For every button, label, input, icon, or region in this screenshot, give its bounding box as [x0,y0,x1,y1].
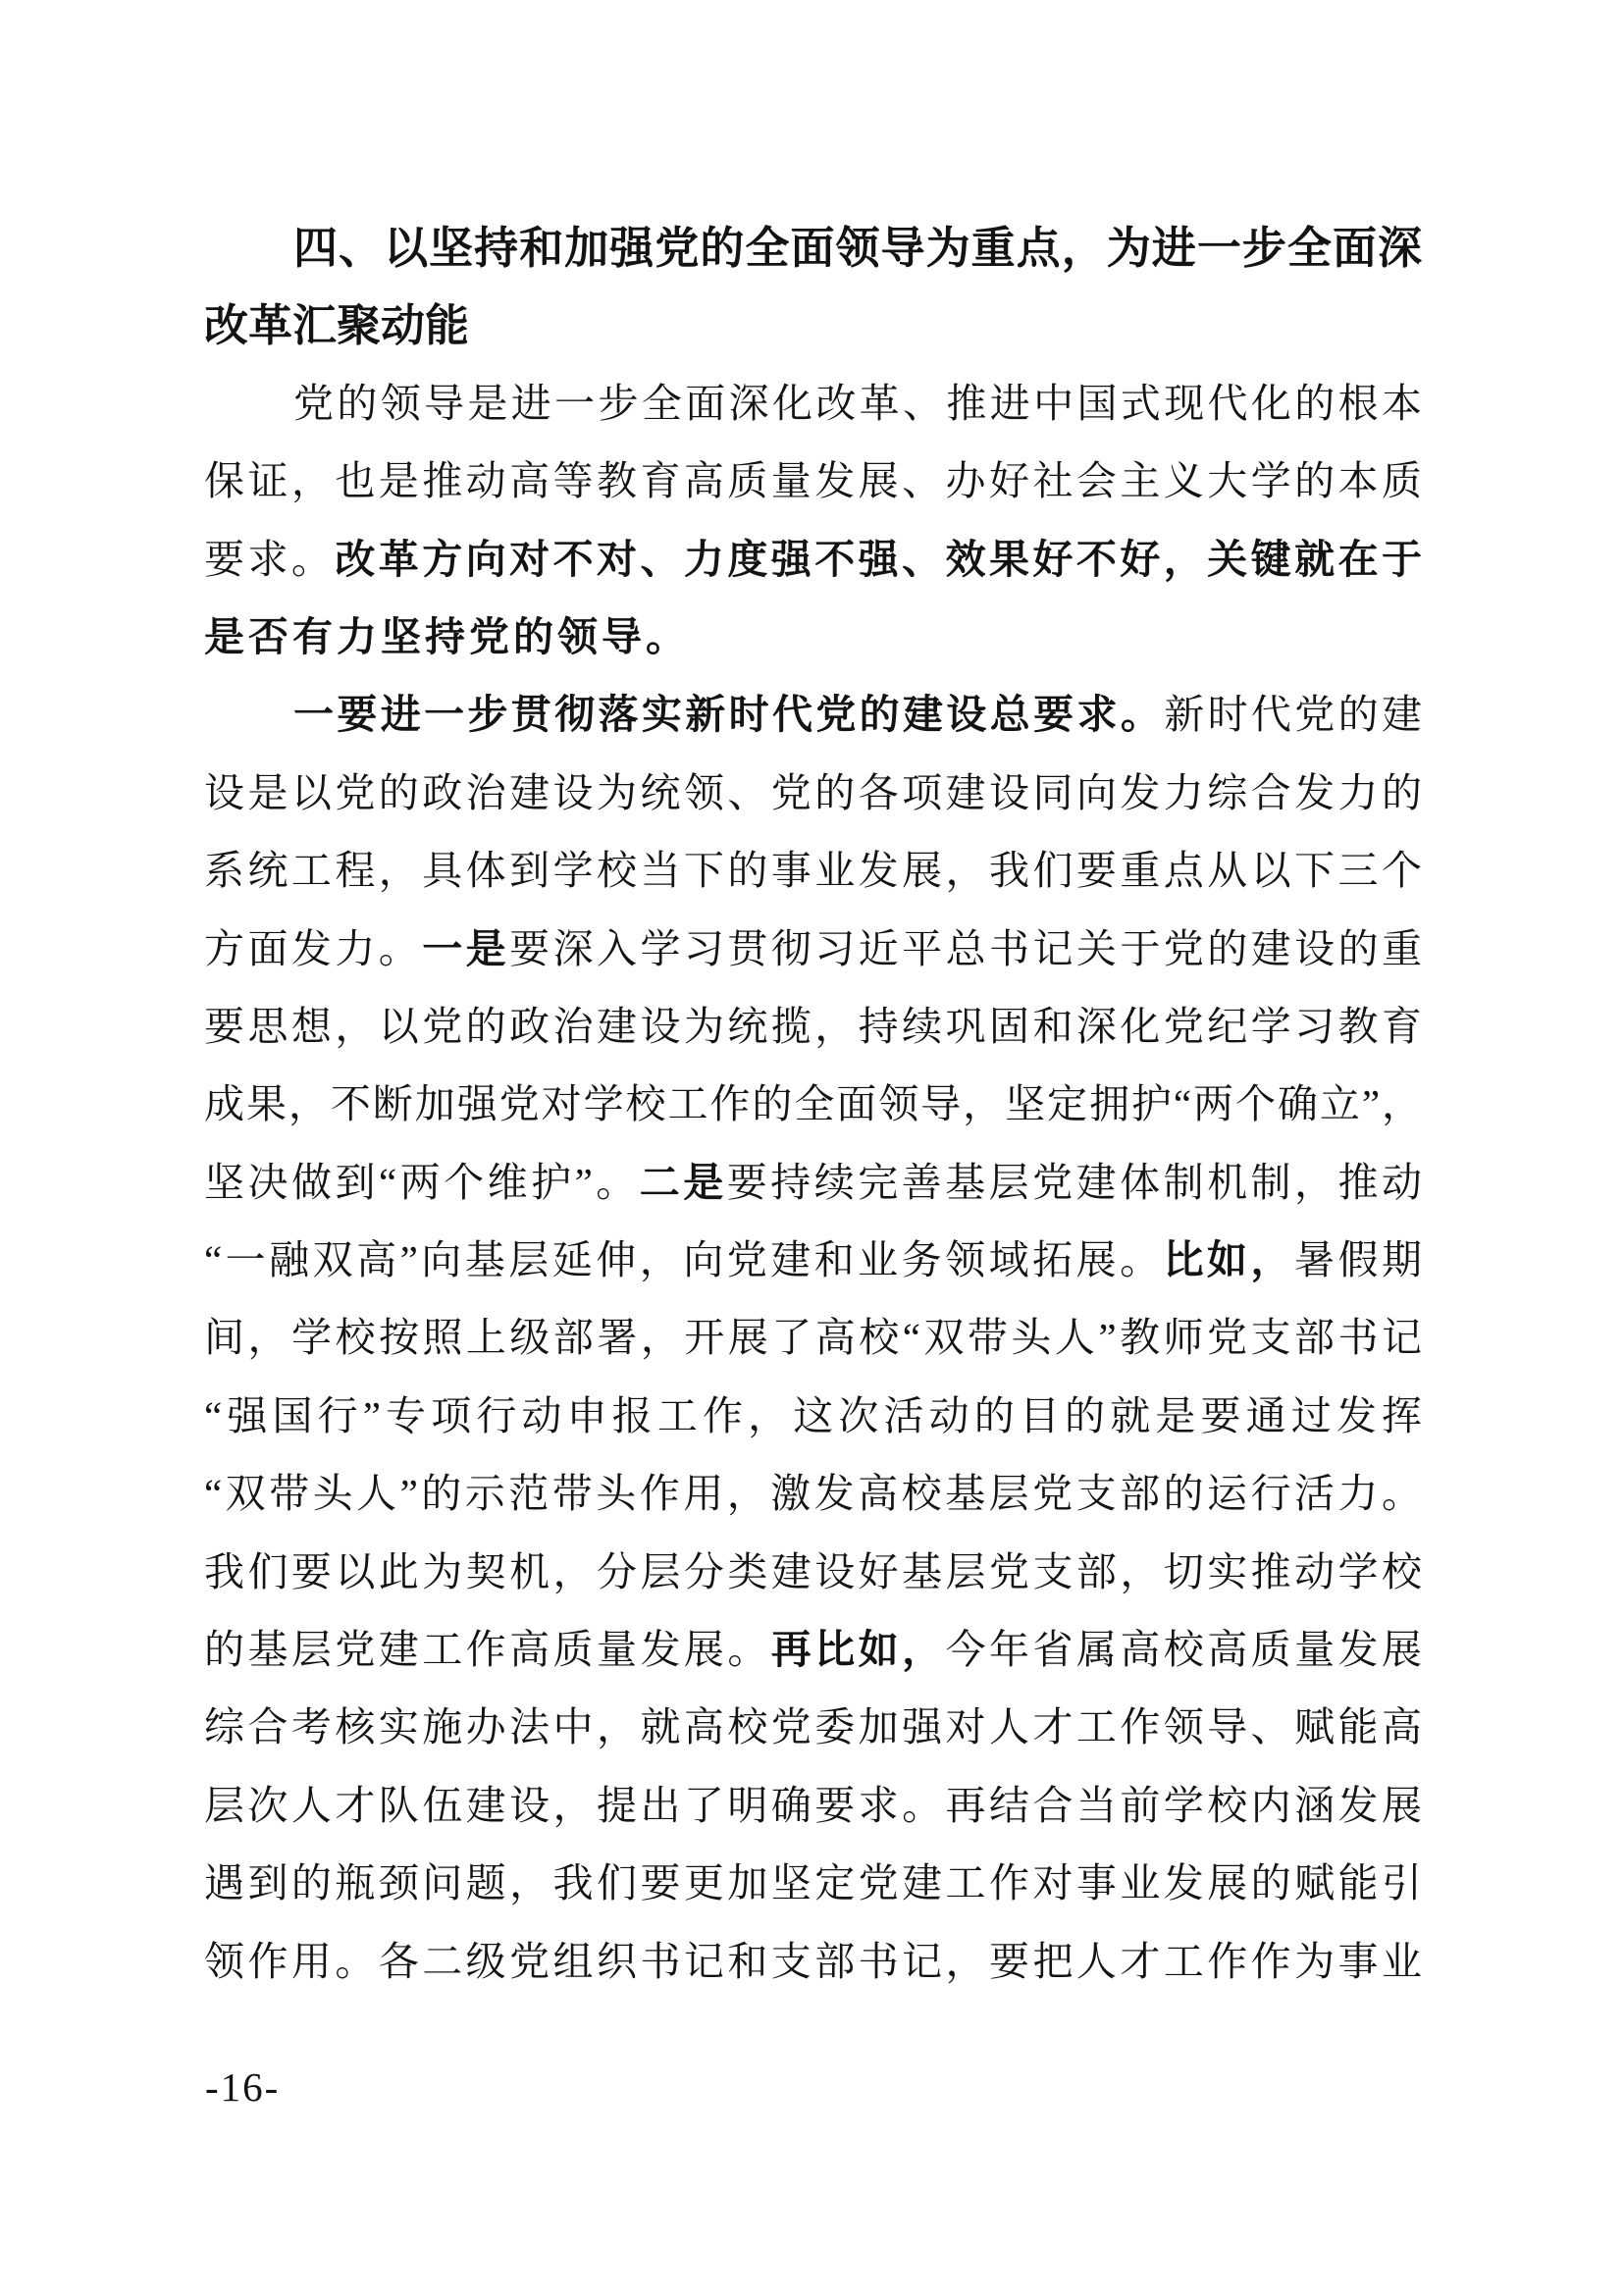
text-segment: 综合考核实施办法中，就高校党委加强对人才工作领导、赋能高 [204,1704,1422,1749]
text-line: 是否有力坚持党的领导。 [204,599,1422,676]
text-segment: 暑假期 [1294,1237,1422,1282]
text-segment: 层次人才队伍建设，提出了明确要求。再结合当前学校内涵发展 [204,1783,1422,1828]
text-line: 党的领导是进一步全面深化改革、推进中国式现代化的根本 [204,365,1422,443]
heading-line: 改革汇聚动能 [204,287,1422,364]
bold-text-segment: 比如， [1164,1237,1294,1282]
bold-text-segment: 是否有力坚持党的领导。 [204,614,690,659]
text-segment: “一融双高”向基层延伸，向党建和业务领域拓展。 [204,1237,1164,1282]
bold-text-segment: 改革汇聚动能 [204,300,469,350]
text-line: 间，学校按照上级部署，开展了高校“双带头人”教师党支部书记 [204,1299,1422,1377]
text-line: 坚决做到“两个维护”。二是要持续完善基层党建体制机制，推动 [204,1144,1422,1222]
text-line: 保证，也是推动高等教育高质量发展、办好社会主义大学的本质 [204,443,1422,520]
text-segment: 今年省属高校高质量发展 [946,1627,1422,1672]
text-line: 设是以党的政治建设为统领、党的各项建设同向发力综合发力的 [204,755,1422,832]
text-line: “双带头人”的示范带头作用，激发高校基层党支部的运行活力。 [204,1455,1422,1533]
text-segment: 领作用。各二级党组织书记和支部书记，要把人才工作作为事业 [204,1939,1422,1984]
text-line: 要求。改革方向对不对、力度强不强、效果好不好，关键就在于 [204,521,1422,599]
bold-text-segment: 改革方向对不对、力度强不强、效果好不好，关键就在于 [335,537,1422,582]
text-segment: 保证，也是推动高等教育高质量发展、办好社会主义大学的本质 [204,458,1422,503]
text-segment: 成果，不断加强党对学校工作的全面领导，坚定拥护“两个确立”， [204,1081,1422,1126]
text-segment: 党的领导是进一步全面深化改革、推进中国式现代化的根本 [293,381,1422,426]
document-page: 四、以坚持和加强党的全面领导为重点，为进一步全面深化改革汇聚动能党的领导是进一步… [0,0,1624,2296]
text-segment: 坚决做到“两个维护”。 [204,1160,640,1205]
text-segment: 新时代党的建 [1164,692,1422,737]
text-segment: 要求。 [204,537,335,582]
bold-text-segment: 一要进一步贯彻落实新时代党的建设总要求。 [293,692,1164,737]
text-line: “强国行”专项行动申报工作，这次活动的目的就是要通过发挥 [204,1378,1422,1455]
text-line: 系统工程，具体到学校当下的事业发展，我们要重点从以下三个 [204,832,1422,910]
text-line: 遇到的瓶颈问题，我们要更加坚定党建工作对事业发展的赋能引 [204,1845,1422,1922]
text-line: 我们要以此为契机，分层分类建设好基层党支部，切实推动学校 [204,1534,1422,1611]
text-line: “一融双高”向基层延伸，向党建和业务领域拓展。比如，暑假期 [204,1222,1422,1299]
text-line: 方面发力。一是要深入学习贯彻习近平总书记关于党的建设的重 [204,911,1422,988]
bold-text-segment: 一是 [422,926,509,971]
text-segment: “强国行”专项行动申报工作，这次活动的目的就是要通过发挥 [204,1393,1422,1438]
bold-text-segment: 四、以坚持和加强党的全面领导为重点，为进一步全面深化 [204,223,1422,287]
text-segment: 间，学校按照上级部署，开展了高校“双带头人”教师党支部书记 [204,1315,1422,1360]
text-line: 成果，不断加强党对学校工作的全面领导，坚定拥护“两个确立”， [204,1066,1422,1143]
text-line: 层次人才队伍建设，提出了明确要求。再结合当前学校内涵发展 [204,1767,1422,1845]
text-segment: 遇到的瓶颈问题，我们要更加坚定党建工作对事业发展的赋能引 [204,1860,1422,1905]
text-block: 四、以坚持和加强党的全面领导为重点，为进一步全面深化改革汇聚动能党的领导是进一步… [204,209,1422,2001]
page-number: -16- [205,2058,280,2116]
text-segment: 要深入学习贯彻习近平总书记关于党的建设的重 [509,926,1422,971]
bold-text-segment: 再比如， [771,1627,946,1672]
bold-text-segment: 二是 [640,1160,727,1205]
text-segment: 系统工程，具体到学校当下的事业发展，我们要重点从以下三个 [204,848,1422,893]
text-segment: 要思想，以党的政治建设为统揽，持续巩固和深化党纪学习教育 [204,1004,1422,1049]
text-line: 的基层党建工作高质量发展。再比如，今年省属高校高质量发展 [204,1611,1422,1689]
text-line: 综合考核实施办法中，就高校党委加强对人才工作领导、赋能高 [204,1689,1422,1766]
text-segment: “双带头人”的示范带头作用，激发高校基层党支部的运行活力。 [204,1471,1422,1516]
text-line: 领作用。各二级党组织书记和支部书记，要把人才工作作为事业 [204,1923,1422,2001]
heading-line: 四、以坚持和加强党的全面领导为重点，为进一步全面深化 [204,209,1422,287]
text-line: 要思想，以党的政治建设为统揽，持续巩固和深化党纪学习教育 [204,988,1422,1066]
text-segment: 我们要以此为契机，分层分类建设好基层党支部，切实推动学校 [204,1549,1422,1594]
text-segment: 的基层党建工作高质量发展。 [204,1627,771,1672]
text-segment: 方面发力。 [204,926,422,971]
text-segment: 要持续完善基层党建体制机制，推动 [727,1160,1422,1205]
text-line: 一要进一步贯彻落实新时代党的建设总要求。新时代党的建 [204,676,1422,754]
text-segment: 设是以党的政治建设为统领、党的各项建设同向发力综合发力的 [204,770,1422,815]
